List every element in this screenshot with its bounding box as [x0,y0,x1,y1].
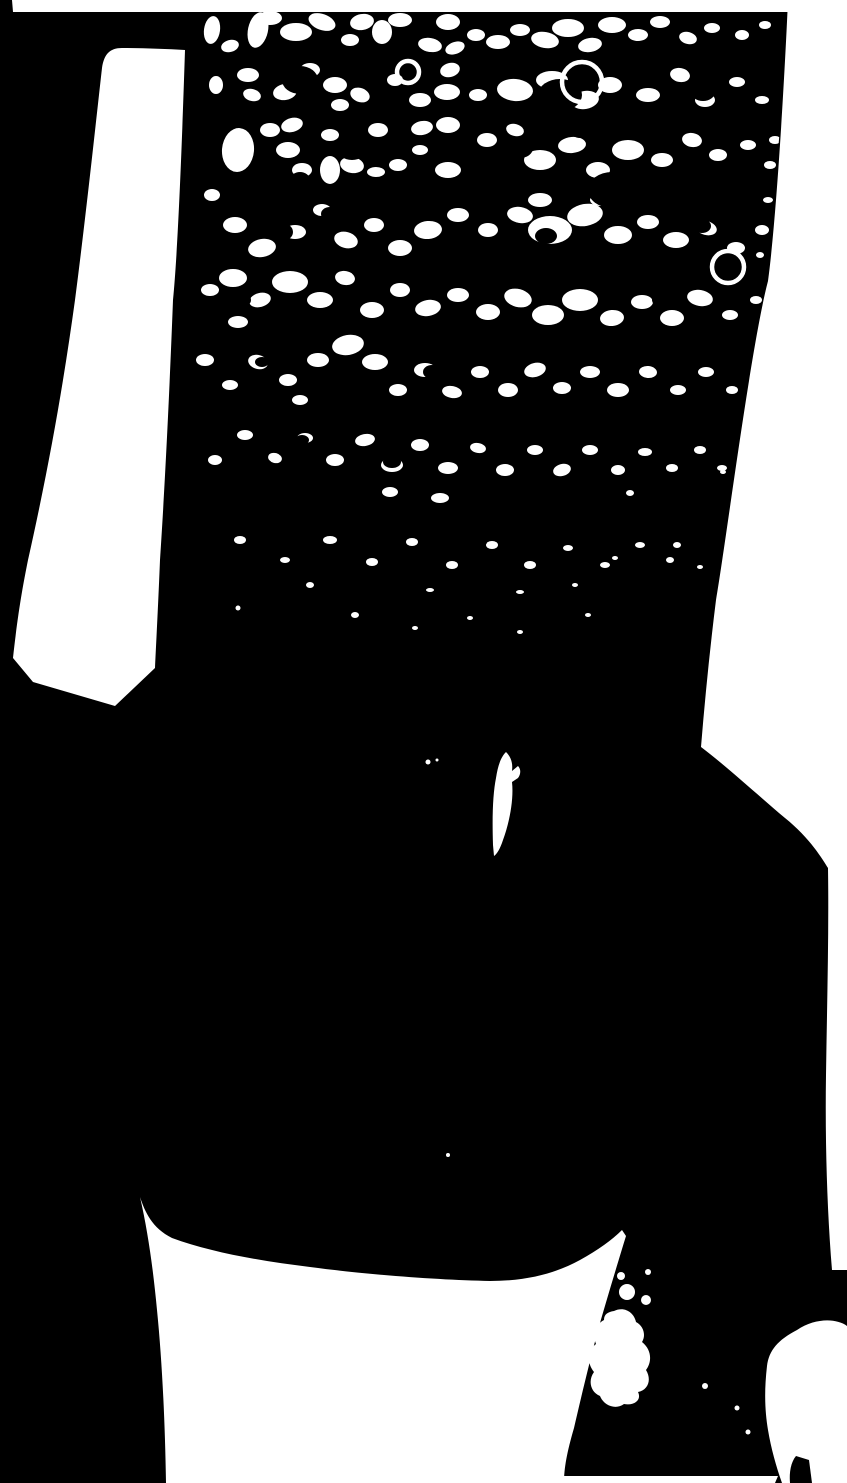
foam-white-blob [368,123,388,137]
light-speck [746,1430,751,1435]
foam-white-blob [637,215,659,229]
foam-dark-bubble [449,238,475,258]
foam-white-blob [611,465,625,475]
foam-white-blob [219,269,247,287]
foam-white-blob [694,446,706,454]
foam-white-blob [388,240,412,256]
foam-white-blob [478,223,498,237]
foam-white-blob [280,23,312,41]
foam-white-blob [237,68,259,82]
foam-white-blob [670,385,686,395]
foam-white-blob [467,616,473,620]
light-speck [645,1269,651,1275]
foam-white-blob [389,159,407,171]
foam-white-blob [477,133,497,147]
foam-white-blob [763,197,773,203]
foam-white-blob [524,561,536,569]
foam-white-blob [756,252,764,258]
light-speck [236,606,241,611]
foam-dark-bubble [661,135,679,149]
foam-white-blob [486,541,498,549]
foam-white-blob [412,626,418,630]
foam-dark-bubble [347,558,357,566]
foam-white-blob [635,542,645,548]
foam-white-blob [307,353,329,367]
foam-white-blob [612,140,644,160]
foam-white-blob [447,288,469,302]
foam-white-blob [331,99,349,111]
foam-dark-bubble [550,333,574,351]
foam-white-blob [467,29,485,41]
foam-white-blob [651,153,673,167]
foam-dark-bubble [321,207,339,221]
foam-dark-bubble [491,113,509,127]
foam-dark-bubble [555,477,569,487]
foam-white-blob [528,193,552,207]
foam-white-blob [607,383,629,397]
foam-white-blob [717,465,727,471]
foam-white-blob [582,445,598,455]
foam-white-blob [663,232,689,248]
foam-dark-bubble [627,61,653,79]
foam-white-blob [471,366,489,378]
foam-white-blob [320,156,340,184]
foam-white-blob [279,374,297,386]
foam-white-blob [563,545,573,551]
foam-white-blob [367,167,385,177]
foam-white-blob [223,217,247,233]
foam-white-blob [323,536,337,544]
foam-white-blob [341,34,359,46]
foam-white-blob [750,296,762,304]
foam-white-blob [222,380,238,390]
foam-white-blob [516,590,524,594]
light-speck [617,1272,625,1280]
foam-dark-bubble [588,172,636,208]
foam-white-blob [388,13,412,27]
light-speck [702,1383,708,1389]
foam-white-blob [698,367,714,377]
foam-white-blob [486,35,510,49]
foam-white-blob [510,24,530,36]
foam-white-blob [447,208,469,222]
foam-white-blob [258,11,282,25]
foam-white-blob [598,17,626,33]
foam-dark-bubble [598,251,628,273]
foam-white-blob [436,14,460,30]
foam-white-blob [208,455,222,465]
foam-dark-bubble [477,538,487,546]
foam-white-blob [260,123,280,137]
foam-white-blob [726,386,738,394]
foam-white-blob [434,84,460,100]
foam-dark-bubble [401,198,419,212]
bottom-edge-light-strip [560,1476,778,1483]
foam-white-blob [292,395,308,405]
foam-white-blob [426,588,434,592]
foam-white-blob [272,271,308,293]
foam-white-blob [372,20,392,44]
binarized-photo [0,0,847,1483]
foam-white-blob [697,565,703,569]
foam-white-blob [351,612,359,618]
foam-dark-bubble [652,294,668,306]
foam-dark-bubble [615,397,629,407]
foam-dark-bubble [243,115,261,129]
top-light-band [12,0,847,12]
bottom-right-light-patch [765,1320,847,1483]
foam-white-blob [409,93,431,107]
foam-dark-bubble [255,357,269,367]
foam-white-blob [436,117,460,133]
foam-dark-bubble [383,456,401,468]
foam-dark-bubble [637,478,647,486]
foam-white-blob [704,23,720,33]
foam-white-blob [362,354,388,370]
foam-white-blob [411,439,429,451]
foam-white-blob [628,29,648,41]
foam-white-blob [237,430,253,440]
foam-dark-bubble [341,384,363,400]
foam-white-blob [660,310,684,326]
foam-white-blob [759,21,771,29]
foam-white-blob [389,384,407,396]
foam-white-blob [496,464,514,476]
foam-white-blob [740,140,756,150]
foam-white-blob [636,88,660,102]
foam-white-blob [604,226,632,244]
foam-white-blob [196,354,214,366]
foam-white-blob [412,145,428,155]
foam-dark-bubble [379,321,405,339]
foam-white-blob [209,76,223,94]
foam-dark-bubble [290,172,310,188]
foam-white-blob [562,289,598,311]
foam-dark-bubble [535,228,557,244]
foam-white-blob [446,561,458,569]
foam-white-blob [553,382,571,394]
foam-white-blob [552,19,584,37]
foam-white-blob [631,295,653,309]
light-speck [619,1284,635,1300]
foam-dark-bubble [423,365,441,379]
foam-dark-bubble [533,385,551,399]
foam-white-blob [469,89,487,101]
light-speck [426,760,431,765]
foam-white-blob [406,538,418,546]
foam-white-blob [390,283,410,297]
foam-dark-bubble [693,219,711,233]
foam-white-blob [280,557,290,563]
foam-dark-bubble [301,312,323,328]
foam-dark-bubble [691,83,715,101]
foam-white-blob [307,292,333,308]
foam-white-blob [735,30,749,40]
foam-dark-bubble [295,435,309,445]
light-speck [436,759,439,762]
foam-dark-bubble [507,138,533,158]
foam-white-blob [498,383,518,397]
foam-white-blob [306,582,314,588]
foam-white-blob [638,448,652,456]
foam-dark-bubble [633,323,651,337]
foam-dark-bubble [570,122,590,138]
foam-dark-bubble [233,293,251,307]
foam-white-blob [204,189,220,201]
foam-white-blob [666,464,678,472]
foam-white-blob [382,487,398,497]
foam-white-blob [709,149,727,161]
foam-dark-bubble [271,223,293,241]
photo-frame [0,0,847,1483]
foam-dark-bubble [282,66,318,94]
foam-white-blob [431,493,449,503]
foam-white-blob [612,556,618,560]
foam-white-blob [326,454,344,466]
foam-white-blob [764,161,776,169]
foam-white-blob [673,542,681,548]
foam-white-blob [364,218,384,232]
foam-white-blob [321,129,339,141]
foam-white-blob [600,562,610,568]
foam-dark-bubble [491,322,513,338]
foam-white-blob [729,77,745,87]
foam-white-blob [572,583,578,587]
foam-dark-bubble [465,487,479,497]
foam-white-blob [650,16,670,28]
foam-dark-bubble [693,327,707,337]
foam-white-blob [755,96,769,104]
foam-white-blob [626,490,634,496]
foam-white-blob [720,470,726,474]
light-speck [641,1295,651,1305]
foam-white-blob [366,558,378,566]
foam-white-blob [476,304,500,320]
foam-white-blob [532,305,564,325]
foam-white-blob [435,162,461,178]
foam-white-blob [527,445,543,455]
foam-white-blob [722,310,738,320]
foam-dark-bubble [337,136,367,160]
foam-white-blob [234,536,246,544]
light-speck [735,1406,740,1411]
foam-white-blob [580,366,600,378]
light-speck [446,1153,450,1157]
foam-white-blob [228,316,248,328]
foam-white-blob [666,557,674,563]
foam-white-blob [201,284,219,296]
foam-white-blob [755,225,769,235]
foam-white-blob [517,630,523,634]
foam-white-blob [323,77,347,93]
foam-white-blob [276,142,300,158]
foam-white-blob [585,613,591,617]
foam-white-blob [438,462,458,474]
foam-white-blob [360,302,384,318]
